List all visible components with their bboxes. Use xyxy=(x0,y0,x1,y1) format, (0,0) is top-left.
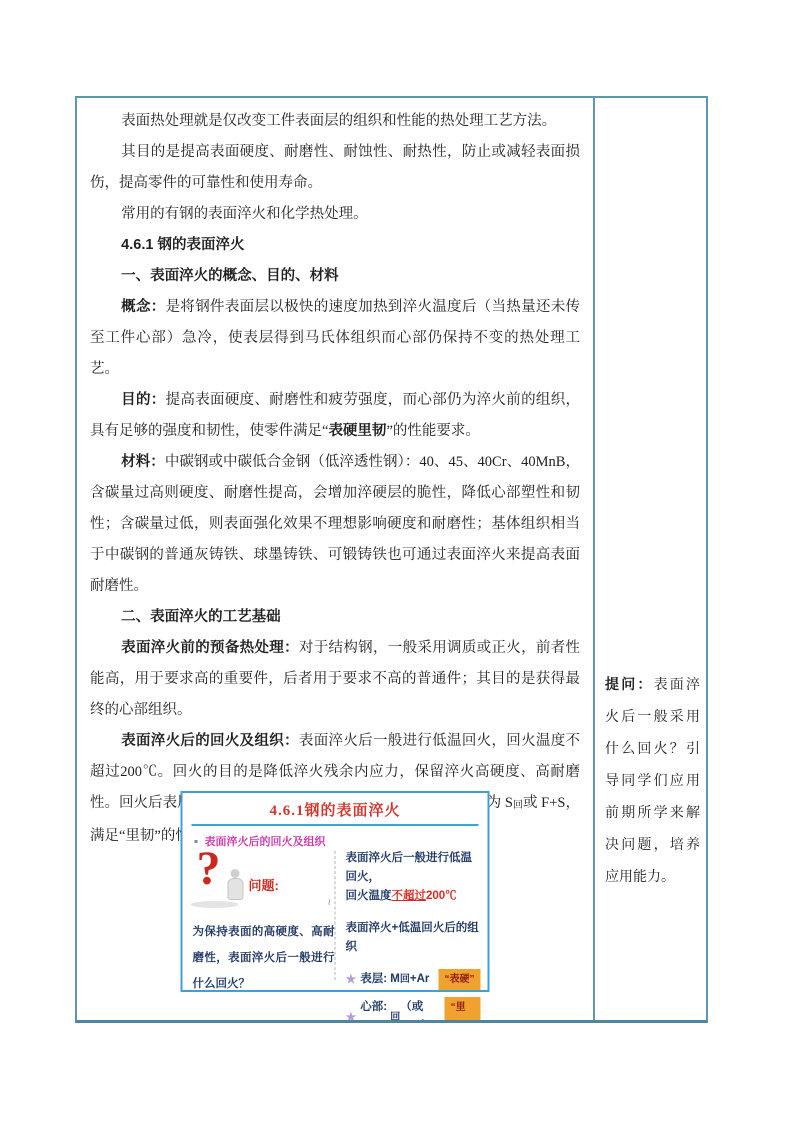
paragraph-intro: 表面热处理就是仅改变工件表面层的组织和性能的热处理工艺方法。 xyxy=(90,106,580,137)
slide-title-divider xyxy=(192,824,479,826)
lesson-plan-table: 表面热处理就是仅改变工件表面层的组织和性能的热处理工艺方法。 其目的是提高表面硬… xyxy=(75,96,708,1023)
core-label: 心部: S xyxy=(360,998,390,1020)
question-text: 为保持表面的高硬度、高耐磨性，表面淬火后一般进行什么回火？ xyxy=(193,919,335,997)
slide-body: ? 问题: 为保持表面的高硬度、高耐磨性，表面淬火后一般进行什么回火？ ~ 表面… xyxy=(183,845,488,990)
goal-label: 目的： xyxy=(121,392,165,408)
paragraph-goal: 目的：提高表面硬度、耐磨性和疲劳强度，而心部仍为淬火前的组织，具有足够的强度和韧… xyxy=(90,385,580,447)
goal-bold-term: 表硬里韧 xyxy=(328,423,386,439)
paragraph-pre-treatment: 表面淬火前的预备热处理：对于结构钢，一般采用调质或正火，前者性能高，用于要求高的… xyxy=(90,633,580,726)
star-icon: ★ xyxy=(346,970,357,989)
star-icon: ★ xyxy=(346,1008,357,1021)
slide-title: 4.6.1钢的表面淬火 xyxy=(183,799,488,820)
slide-image: 4.6.1钢的表面淬火 表面淬火后的回火及组织 ? 问题: 为保持表面的高硬度、… xyxy=(181,791,490,992)
answer-line-2-prefix: 回火温度 xyxy=(346,890,392,902)
answer-line-1: 表面淬火后一般进行低温回火， xyxy=(346,849,481,887)
subscript-hui-2: 回 xyxy=(513,800,523,811)
main-content-cell: 表面热处理就是仅改变工件表面层的组织和性能的热处理工艺方法。 其目的是提高表面硬… xyxy=(77,98,595,1020)
subsection-heading-1: 一、表面淬火的概念、目的、材料 xyxy=(90,261,580,292)
tempering-label: 表面淬火后的回火及组织： xyxy=(121,733,299,749)
dashed-divider xyxy=(335,851,336,980)
pre-treatment-label: 表面淬火前的预备热处理： xyxy=(121,640,299,656)
material-label: 材料： xyxy=(121,454,165,470)
goal-text-2: ”的性能要求。 xyxy=(386,423,479,439)
teacher-note-text: 表面淬火后一般采用什么回火？引导同学们应用前期所学来解决问题，培养应用能力。 xyxy=(605,678,700,885)
subscript-hui-slide-1: 回 xyxy=(400,970,410,989)
answer-panel: 表面淬火后一般进行低温回火， 回火温度不超过200℃ 表面淬火+低温回火后的组织… xyxy=(346,849,481,1020)
question-mark-shadow xyxy=(191,901,239,908)
answer-line-2-red: 200℃ xyxy=(426,890,457,902)
paragraph-concept: 概念：是将钢件表面层以极快的速度加热到淬火温度后（当热量还未传至工件心部）急冷，… xyxy=(90,292,580,385)
answer-rows: ★ 表层: M回+Ar “表硬” ★ 心部: S回（或F+S） “里韧” xyxy=(346,969,481,1020)
teacher-note-label: 提问： xyxy=(605,676,654,692)
material-text: 中碳钢或中碳低合金钢（低淬透性钢）：40、45、40Cr、40MnB，含碳量过高… xyxy=(90,454,580,594)
core-tough-badge: “里韧” xyxy=(445,997,481,1020)
paragraph-material: 材料：中碳钢或中碳低合金钢（低淬透性钢）：40、45、40Cr、40MnB，含碳… xyxy=(90,447,580,602)
notes-cell: 提问：表面淬火后一般采用什么回火？引导同学们应用前期所学来解决问题，培养应用能力… xyxy=(595,98,706,1020)
subscript-hui-slide-2: 回 xyxy=(390,1008,400,1021)
concept-label: 概念： xyxy=(121,299,165,315)
core-tail: （或F+S） xyxy=(400,998,444,1020)
figurine-icon xyxy=(231,869,240,878)
core-row: ★ 心部: S回（或F+S） “里韧” xyxy=(346,997,481,1020)
surface-layer-row: ★ 表层: M回+Ar “表硬” xyxy=(346,969,481,990)
surface-hard-badge: “表硬” xyxy=(439,969,481,990)
answer-line-2-red-underlined: 不超过 xyxy=(392,890,427,902)
surface-layer-label: 表层: M xyxy=(360,970,400,989)
surface-layer-tail: +Ar xyxy=(410,970,430,989)
section-heading-461: 4.6.1 钢的表面淬火 xyxy=(90,230,580,261)
divider-squiggle: ~ xyxy=(322,898,336,905)
question-mark-icon: ? xyxy=(197,845,221,893)
answer-subtitle: 表面淬火+低温回火后的组织 xyxy=(346,919,481,957)
subsection-heading-2: 二、表面淬火的工艺基础 xyxy=(90,602,580,633)
answer-line-2: 回火温度不超过200℃ xyxy=(346,887,481,906)
figurine-body xyxy=(228,878,244,900)
paragraph-purpose: 其目的是提高表面硬度、耐磨性、耐蚀性、耐热性，防止或减轻表面损伤，提高零件的可靠… xyxy=(90,137,580,199)
teacher-note: 提问：表面淬火后一般采用什么回火？引导同学们应用前期所学来解决问题，培养应用能力… xyxy=(605,668,700,894)
question-label: 问题: xyxy=(249,875,279,894)
paragraph-common-methods: 常用的有钢的表面淬火和化学热处理。 xyxy=(90,199,580,230)
